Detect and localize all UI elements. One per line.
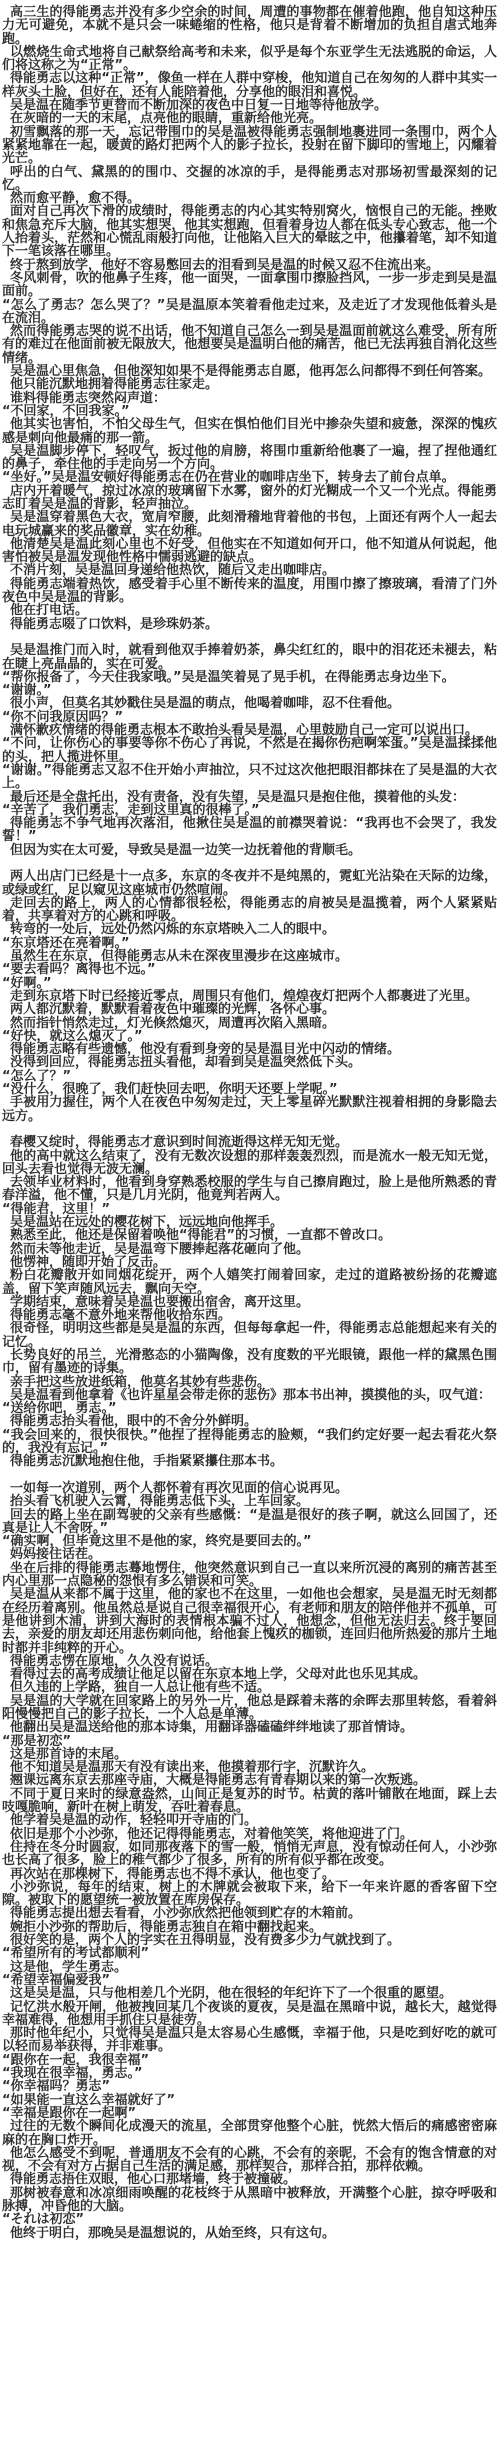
paragraph: 然而未等他走近，吴是温弯下腰捧起落花砸向了他。 [2,1243,497,1256]
paragraph: “希望所有的考试都顺利” [2,1947,497,1960]
paragraph: 依旧是那个小沙弥，他还记得得能勇志，对着他笑笑，将他迎进了门。 [2,1828,497,1841]
paragraph: 妈妈接住话茬。 [2,1548,497,1561]
paragraph: 得能勇志不争气地再次落泪，他揪住吴是温的前襟哭着说：“我再也不会哭了，我发誓！” [2,817,497,844]
paragraph: “坐好。”吴是温安顿好得能勇志在仍在营业的咖啡店坐下，转身去了前台点单。 [2,471,497,484]
paragraph: 不消片刻，吴是温回身递给他热饮，随后又走出咖啡店。 [2,564,497,577]
paragraph: “那是初恋” [2,1735,497,1748]
paragraph: 抬头看飞机驶入云霄，得能勇志低下头，上车回家。 [2,1495,497,1508]
novel-text-page: 高三生的得能勇志并没有多少空余的时间，周遭的事物都在催着他跑，他自知这种压力无可… [0,0,500,2453]
paragraph: 很小声，但莫名其妙戳住吴是温的萌点，他喝着咖啡，忍不住看他。 [2,697,497,710]
paragraph: 回去的路上坐在副驾驶的父亲有些感慨：“是温是很好的孩子啊，就这么回国了，还真是让… [2,1509,497,1536]
paragraph: 初雪飘落的那一天，忘记带围巾的吴是温被得能勇志强制地裹进同一条围巾，两个人紧紧地… [2,126,497,166]
paragraph: 转弯的一处后，远处仍然闪烁的东京塔映入二人的眼中。 [2,923,497,936]
text-body: 高三生的得能勇志并没有多少空余的时间，周遭的事物都在催着他跑，他自知这种压力无可… [2,6,497,2240]
paragraph: 他学着吴是温的动作，轻轻叩开寺庙的门。 [2,1814,497,1827]
paragraph: 得能勇志捂住双眼，他心口那堵墙，终于被撞破。 [2,2173,497,2186]
paragraph: 没得到回应，得能勇志扭头看他，却看到吴是温突然低下头。 [2,1056,497,1069]
paragraph: 再次站在那棵树下，得能勇志也不得不承认，他也变了。 [2,1868,497,1881]
paragraph: 得能勇志沉默地抱住他，手指紧紧攥住那本书。 [2,1455,497,1468]
paragraph: “帮你报备了，今天住我家哦。”吴是温笑着晃了晃手机，在得能勇志身边坐下。 [2,671,497,684]
paragraph: 得能勇志啜了口饮料，是珍珠奶茶。 [2,618,497,631]
paragraph: 那树被春意和冰凉细雨唤醒的花枝终于从黑暗中被释放，开满整个心脏，掠夺呼吸和脉搏，… [2,2187,497,2214]
paragraph: “怎么了勇志？怎么哭了？”吴是温原本笑着看他走过来，及走近了才发现他低着头是在流… [2,299,497,326]
paragraph: “你幸福吗？勇志” [2,2080,497,2093]
paragraph: 在灰暗的一天的末尾，点亮他的眼睛，重新给他光亮。 [2,112,497,125]
paragraph: 他清楚吴是温此刻心里也不好受，但他实在不知道如何开口，他不知道从何说起，他害怕被… [2,538,497,565]
paragraph: 但久违的上学路，独自一人总让他有些不适。 [2,1681,497,1694]
paragraph: 他翻出吴是温送给他的那本诗集，用翻译器磕磕绊绊地读了那首情诗。 [2,1721,497,1734]
paragraph: 住持在冬分时圆寂，如同那夜落下的雪一般，悄悄无声息，没有惊动任何人，小沙弥也长高… [2,1841,497,1868]
paragraph: 他只能沉默地拥着得能勇志往家走。 [2,378,497,391]
paragraph: “谢谢。”得能勇志又忍不住开始小声抽泣，只不过这次他把眼泪都抹在了吴是温的大衣上… [2,764,497,791]
paragraph: 店内开着暖气，掠过冰凉的玻璃留下水雾，窗外的灯光糊成一个又一个光点。得能勇志盯着… [2,485,497,512]
paragraph: 吴是温穿着黑色大衣，宽肩窄腰，此刻滑稽地背着他的书包，上面还有两个人一起去电玩城… [2,511,497,538]
paragraph: 吴是温推门而入时，就看到他双手捧着奶茶，鼻尖红红的，眼中的泪花还未褪去，粘在睫上… [2,644,497,671]
paragraph: 得能勇志以这种“正常”，像鱼一样在人群中穿梭，他知道自己在匆匆的人群中其实一样灰… [2,72,497,99]
paragraph: 得能勇志抬头看他，眼中的不舍分外鲜明。 [2,1415,497,1428]
paragraph: 那时他年纪小，只觉得吴是温只是太容易心生感慨，幸福于他，只是吃到好吃的就可以轻而… [2,2027,497,2054]
paragraph-gap [2,1469,497,1482]
paragraph: 冬风刺骨，吹的他鼻子生疼，他一面哭，一面拿围巾擦脸挡风，一步一步走到吴是温面前。 [2,272,497,299]
paragraph: 这是吴是温，只与他相差几个光阴，他在很轻的年纪许下了一个很重的愿望。 [2,1987,497,2000]
paragraph: 不同于夏日来时的绿意盎然，山间正是复苏的时节。枯黄的落叶铺散在地面，踩上去吱嘎脆… [2,1788,497,1815]
paragraph: 他在打电话。 [2,604,497,617]
paragraph: 这是他，学生勇志。 [2,1961,497,1974]
paragraph: “それは初恋” [2,2213,497,2226]
paragraph: 两人出店门已经是十一点多，东京的冬夜并不是纯黑的，霓虹光沾染在天际的边缘，或绿或… [2,870,497,897]
paragraph: 他其实也害怕，不怕父母生气，但实在惧怕他们目光中掺杂失望和疲惫，深深的愧疚感是刺… [2,418,497,445]
paragraph: 高三生的得能勇志并没有多少空余的时间，周遭的事物都在催着他跑，他自知这种压力无可… [2,6,497,46]
paragraph: “我会回来的，很快很快。”他捏了捏得能勇志的脸颊，“我们约定好要一起去看花火祭的… [2,1429,497,1456]
paragraph: “好啊。” [2,977,497,990]
paragraph: 长势良好的吊兰，光滑憨态的小猫陶像，没有度数的平光眼镜，跟他一样的黛黑色围巾，留… [2,1349,497,1376]
paragraph: 去领毕业材料时，他看到身穿熟悉校服的学生与自己擦肩跑过，脸上是他所熟悉的青春洋溢… [2,1176,497,1203]
paragraph: 呼出的白气、黛黑的的围巾、交握的冰凉的手，是得能勇志对那场初雪最深刻的记忆。 [2,166,497,193]
paragraph: 终于熬到放学，他好不容易憋回去的泪看到吴是温的时候又忍不住流出来。 [2,259,497,272]
paragraph: 他的高中就这么结束了，没有无数次设想的那样轰轰烈烈，而是流水一般无知无觉，回头去… [2,1150,497,1177]
paragraph: 吴是温脚步停下，轻叹气，扳过他的肩膀，将围巾重新给他裹了一遍，捏了捏他通红的鼻子… [2,445,497,472]
paragraph: “不问，让你伤心的事要等你不伤心了再说，不然是在揭你伤疤啊笨蛋。”吴是温揉揉他的… [2,737,497,764]
paragraph: 以燃烧生命式地将自己献祭给高考和未来，似乎是每个东亚学生无法逃脱的命运，人们将这… [2,46,497,73]
paragraph: 最后还是全盘托出，没有责备，没有失望，吴是温只是抱住他，摸着他的头发： [2,791,497,804]
paragraph: 记忆洪水般开闸，他被拽回某几个夜谈的夏夜，吴是温在黑暗中说，越长大，越觉得幸福难… [2,2001,497,2028]
paragraph: 翘课远离东京去那座寺庙，大概是得能勇志有青春期以来的第一次叛逃。 [2,1774,497,1787]
paragraph: 他怎么感受不到呢，普通朋友不会有的心跳，不会有的亲昵，不会有的饱含情意的对视，不… [2,2147,497,2174]
paragraph: 熟悉至此，他还是保留着唤他“得能君”的习惯，一直都不曾改口。 [2,1229,497,1242]
paragraph: 两人都沉默着，默默看着夜色中璀璨的光辉，各怀心事。 [2,1003,497,1016]
paragraph: 谁料得能勇志突然闷声道： [2,392,497,405]
paragraph: 吴是温从来都不属于这里，他的家也不在这里，一如他也会想家，吴是温无时无刻都在经历… [2,1588,497,1654]
paragraph: 面对自己再次下滑的成绩时，得能勇志的内心其实特别窝火，恼恨自己的无能。挫败和焦急… [2,205,497,258]
paragraph: 然而得能勇志哭的说不出话，他不知道自己怎么一到吴是温面前就这么难受，所有所有的难… [2,325,497,365]
paragraph: 小沙弥说，每年的结束，树上的木牌就会被取下来，给下一年来许愿的香客留下空隙。被取… [2,1881,497,1908]
paragraph: 春樱又绽时，得能勇志才意识到时间流逝得这样无知无觉。 [2,1136,497,1149]
paragraph: 他终于明白，那晚吴是温想说的，从始至终，只有这句。 [2,2227,497,2240]
paragraph: “如果能一直这么幸福就好了” [2,2094,497,2107]
paragraph: 坐在后排的得能勇志蓦地愣住，他突然意识到自己一直以来所沉浸的离别的痛苦甚至内心里… [2,1562,497,1589]
paragraph: “要去看吗？离得也不远。” [2,963,497,976]
paragraph: 得能勇志端着热饮，感受着手心里不断传来的温度，用围巾擦了擦玻璃，看清了门外夜色中… [2,578,497,605]
paragraph: 过往的无数个瞬间化成漫天的流星，全部贯穿他整个心脏，恍然大悟后的痛感密密麻麻的在… [2,2120,497,2147]
paragraph: 手被用力握住，两个人在夜色中匆匆走过，天上零星碎光默默注视着相拥的身影隐去远方。 [2,1096,497,1123]
paragraph: 得能勇志提出想去看看，小沙弥欣然把他领到贮存的木箱前。 [2,1907,497,1920]
paragraph: 然而指针悄然走过，灯光倏然熄灭，周遭再次陷入黑暗。 [2,1017,497,1030]
paragraph: 吴是温的大学就在回家路上的另外一片，他总是踩着未落的余晖去那里转悠，看着斜阳慢慢… [2,1695,497,1722]
paragraph: 很奇怪，明明这些都是吴是温的东西，但每每拿起一件，得能勇志总能想起来有关的记忆。 [2,1322,497,1349]
paragraph: 亲手把这些放进纸箱，他莫名其妙有些悲伤。 [2,1376,497,1389]
paragraph: 走回去的路上，两人的心情都很轻松，得能勇志的肩被吴是温揽着，两个人紧紧贴着，共享… [2,897,497,924]
paragraph: 粉白花瓣散开如同烟花绽开，两个人嬉笑打闹着回家，走过的道路被纷扬的花瓣遮盖，留下… [2,1269,497,1296]
paragraph: 但因为实在太可爱，导致吴是温一边笑一边抚着他的背顺毛。 [2,844,497,857]
